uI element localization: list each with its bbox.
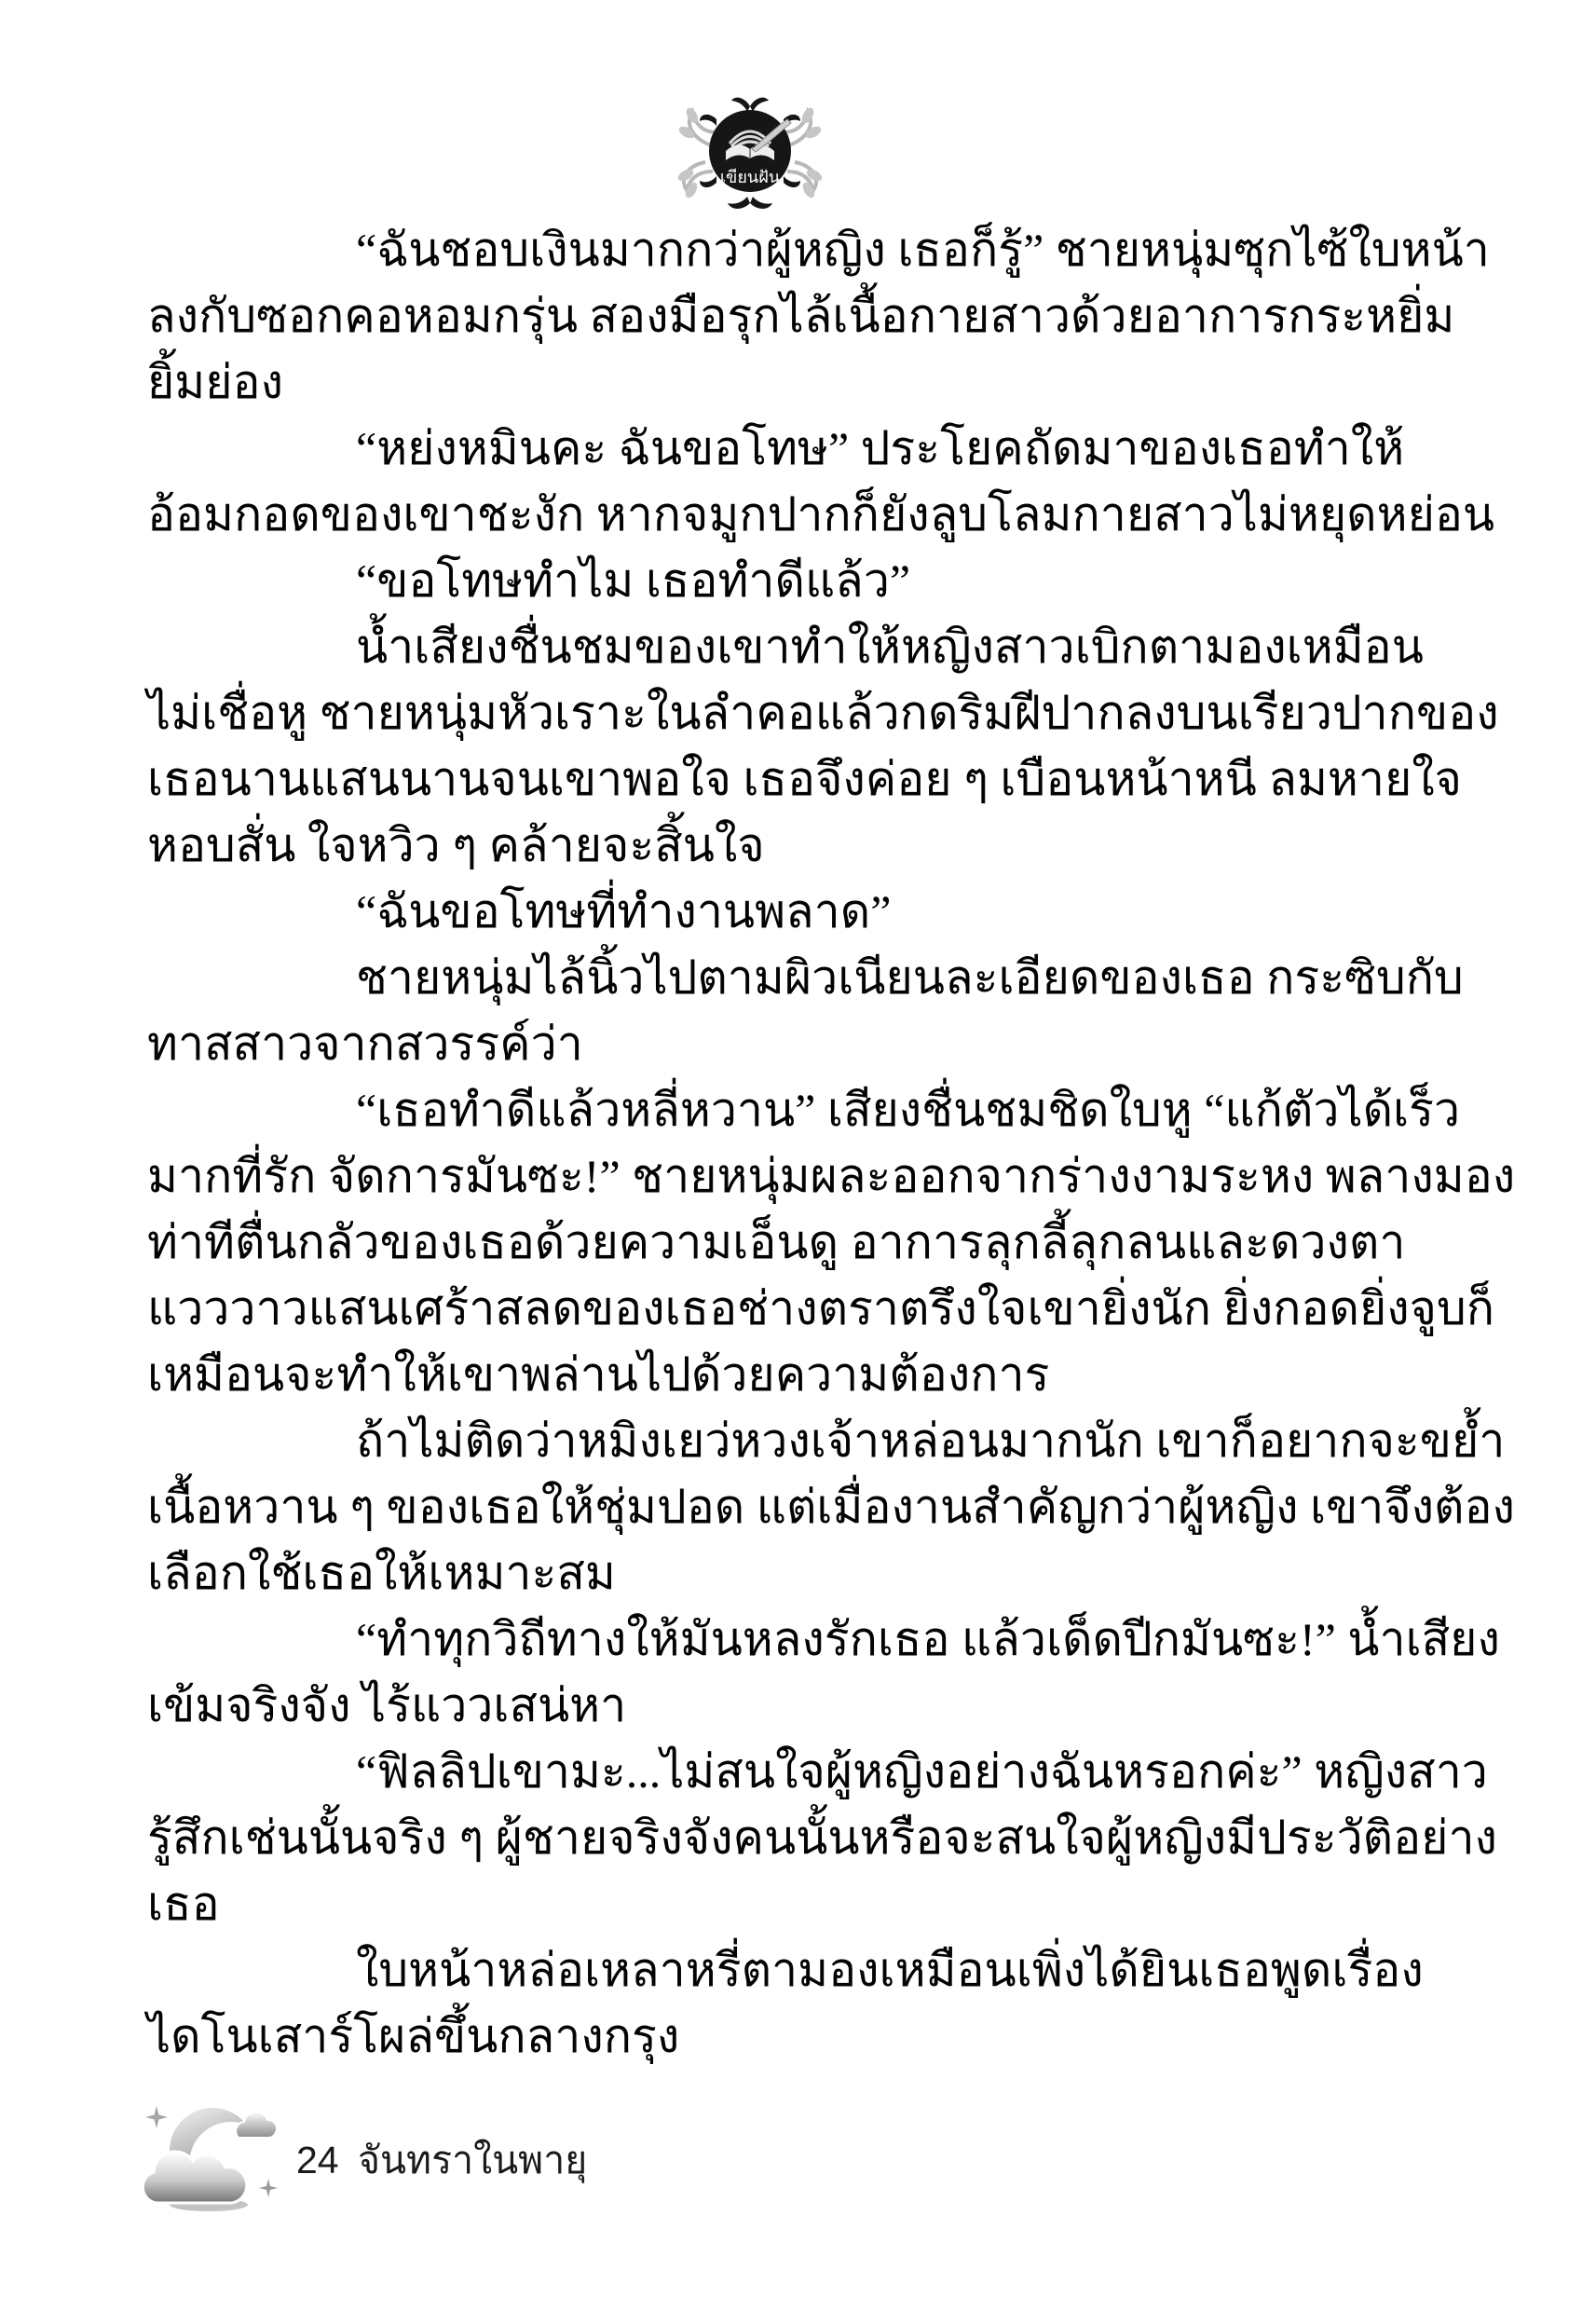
paragraph: “ทำทุกวิถีทางให้มันหลงรักเธอ แล้วเด็ดปีก… xyxy=(147,1607,1332,1739)
text-line: เลือกใช้เธอให้เหมาะสม xyxy=(147,1540,1332,1607)
paragraph: “ฟิลลิปเขามะ...ไม่สนใจผู้หญิงอย่างฉันหรอ… xyxy=(147,1739,1332,1937)
book-title: จันทราในพายุ xyxy=(358,2136,587,2184)
publisher-emblem: เขียนฝัน xyxy=(674,93,826,214)
book-page: เขียนฝัน “ฉันชอบเงินมากกว่าผู้หญิง เธอก็… xyxy=(0,0,1596,2311)
text-line: เหมือนจะทำให้เขาพล่านไปด้วยความต้องการ xyxy=(147,1342,1332,1408)
text-line: แวววาวแสนเศร้าสลดของเธอช่างตราตรึงใจเขาย… xyxy=(147,1276,1332,1342)
text-line: เนื้อหวาน ๆ ของเธอให้ชุ่มปอด แต่เมื่องาน… xyxy=(147,1474,1332,1540)
text-line: ท่าทีตื่นกลัวของเธอด้วยความเอ็นดู อาการล… xyxy=(147,1210,1332,1276)
paragraph: “ขอโทษทำไม เธอทำดีแล้ว” xyxy=(147,548,1332,614)
text-line: ถ้าไม่ติดว่าหมิงเยว่หวงเจ้าหล่อนมากนัก เ… xyxy=(147,1408,1332,1474)
text-line: ลงกับซอกคอหอมกรุ่น สองมือรุกไล้เนื้อกายส… xyxy=(147,283,1332,349)
page-body-text: “ฉันชอบเงินมากกว่าผู้หญิง เธอก็รู้” ชายห… xyxy=(147,217,1332,2070)
paragraph: “หย่งหมินคะ ฉันขอโทษ” ประโยคถัดมาของเธอท… xyxy=(147,416,1332,548)
text-line: ทาสสาวจากสวรรค์ว่า xyxy=(147,1011,1332,1077)
text-line: “ฟิลลิปเขามะ...ไม่สนใจผู้หญิงอย่างฉันหรอ… xyxy=(147,1739,1332,1805)
paragraph: “เธอทำดีแล้วหลี่หวาน” เสียงชื่นชมชิดใบหู… xyxy=(147,1077,1332,1408)
moon-clouds-icon xyxy=(134,2104,294,2214)
text-line: น้ำเสียงชื่นชมของเขาทำให้หญิงสาวเบิกตามอ… xyxy=(147,614,1332,680)
paragraph: “ฉันชอบเงินมากกว่าผู้หญิง เธอก็รู้” ชายห… xyxy=(147,217,1332,416)
paragraph: ใบหน้าหล่อเหลาหรี่ตามองเหมือนเพิ่งได้ยิน… xyxy=(147,1937,1332,2070)
text-line: หอบสั่น ใจหวิว ๆ คล้ายจะสิ้นใจ xyxy=(147,813,1332,879)
text-line: “เธอทำดีแล้วหลี่หวาน” เสียงชื่นชมชิดใบหู… xyxy=(147,1077,1332,1143)
book-and-quill-emblem-icon: เขียนฝัน xyxy=(674,93,826,214)
text-line: ยิ้มย่อง xyxy=(147,349,1332,416)
publisher-name: เขียนฝัน xyxy=(720,168,780,186)
text-line: เข้มจริงจัง ไร้แววเสน่หา xyxy=(147,1673,1332,1739)
text-line: รู้สึกเช่นนั้นจริง ๆ ผู้ชายจริงจังคนนั้น… xyxy=(147,1805,1332,1871)
text-line: “ทำทุกวิถีทางให้มันหลงรักเธอ แล้วเด็ดปีก… xyxy=(147,1607,1332,1673)
paragraph: “ฉันขอโทษที่ทำงานพลาด” xyxy=(147,879,1332,945)
text-line: เธอ xyxy=(147,1871,1332,1937)
text-line: ไดโนเสาร์โผล่ขึ้นกลางกรุง xyxy=(147,2003,1332,2070)
paragraph: น้ำเสียงชื่นชมของเขาทำให้หญิงสาวเบิกตามอ… xyxy=(147,614,1332,879)
text-line: อ้อมกอดของเขาชะงัก หากจมูกปากก็ยังลูบโลม… xyxy=(147,482,1332,548)
paragraph: ถ้าไม่ติดว่าหมิงเยว่หวงเจ้าหล่อนมากนัก เ… xyxy=(147,1408,1332,1607)
text-line: “ฉันขอโทษที่ทำงานพลาด” xyxy=(147,879,1332,945)
page-number: 24 xyxy=(296,2136,339,2184)
text-line: เธอนานแสนนานจนเขาพอใจ เธอจึงค่อย ๆ เบือน… xyxy=(147,746,1332,813)
text-line: “หย่งหมินคะ ฉันขอโทษ” ประโยคถัดมาของเธอท… xyxy=(147,416,1332,482)
paragraph: ชายหนุ่มไล้นิ้วไปตามผิวเนียนละเอียดของเธ… xyxy=(147,945,1332,1077)
text-line: ใบหน้าหล่อเหลาหรี่ตามองเหมือนเพิ่งได้ยิน… xyxy=(147,1937,1332,2003)
text-line: ไม่เชื่อหู ชายหนุ่มหัวเราะในลำคอแล้วกดริ… xyxy=(147,680,1332,746)
text-line: มากที่รัก จัดการมันซะ!” ชายหนุ่มผละออกจา… xyxy=(147,1143,1332,1210)
text-line: “ขอโทษทำไม เธอทำดีแล้ว” xyxy=(147,548,1332,614)
text-line: “ฉันชอบเงินมากกว่าผู้หญิง เธอก็รู้” ชายห… xyxy=(147,217,1332,283)
text-line: ชายหนุ่มไล้นิ้วไปตามผิวเนียนละเอียดของเธ… xyxy=(147,945,1332,1011)
